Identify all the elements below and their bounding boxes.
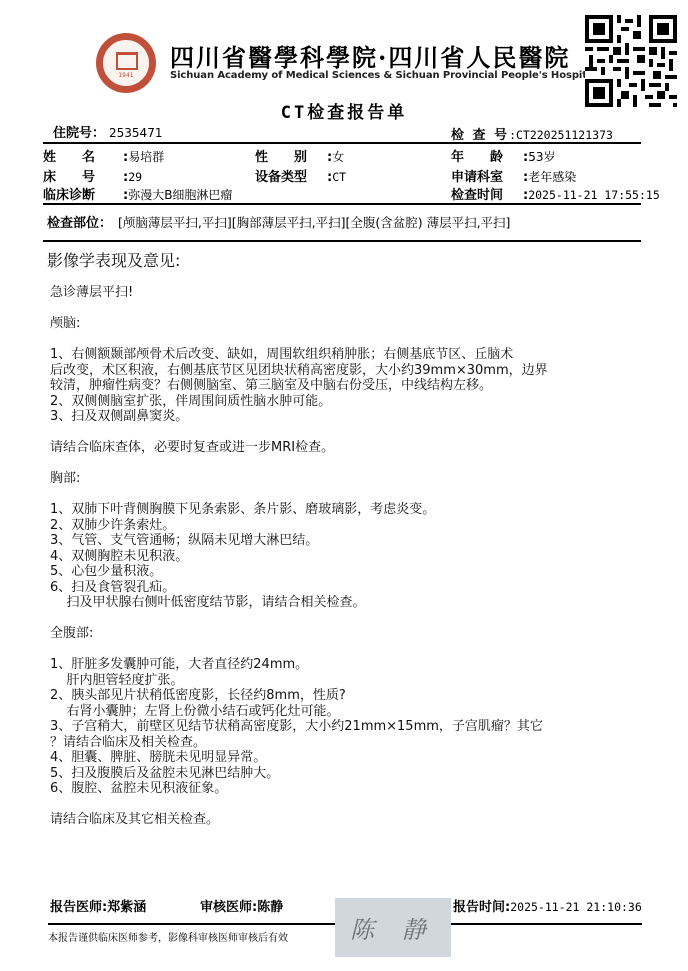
patient-age-value: 53岁 [528, 148, 555, 165]
patient-age-field: 年 龄: 53岁 [451, 146, 555, 165]
findings-line: 扫及甲状腺右侧叶低密度结节影，请结合相关检查。 [50, 595, 650, 611]
divider-exam-site [43, 240, 641, 242]
patient-name-label: 姓 名 [43, 146, 123, 165]
clinical-diagnosis-value: 弥漫大B细胞淋巴瘤 [128, 186, 232, 203]
review-doctor-field: 审核医师: 陈静 [200, 896, 283, 915]
building-icon [116, 52, 138, 70]
findings-line: 5、心包少量积液。 [50, 564, 650, 580]
department-label: 申请科室 [451, 166, 523, 185]
qr-code-icon [585, 15, 677, 107]
admission-number-field: 住院号： 2535471 [53, 122, 162, 141]
hospital-emblem-icon: 1941 [96, 33, 156, 93]
report-time-label: 报告时间 [453, 896, 505, 915]
exam-site-label: 检查部位： [47, 212, 112, 231]
disclaimer-text: 本报告谨供临床医师参考，影像科审核医师审核后有效 [48, 929, 288, 944]
findings-line: 2、胰头部见片状稍低密度影，长径约8mm，性质? [50, 688, 650, 704]
findings-line: 3、子宫稍大，前壁区见结节状稍高密度影，大小约21mm×15mm，子宫肌瘤？其它 [50, 719, 650, 735]
bed-number-field: 床 号: 29 [43, 166, 142, 185]
department-field: 申请科室: 老年感染 [451, 166, 576, 185]
findings-line: 后改变，术区积液，右侧基底节区见团块状稍高密度影，大小约39mm×30mm，边界 [50, 363, 650, 379]
exam-number-label: 检 查 号 [451, 124, 509, 143]
findings-line: 肝内胆管轻度扩张。 [50, 673, 650, 689]
report-doctor-label: 报告医师 [50, 896, 102, 915]
report-doctor-field: 报告医师: 郑紫涵 [50, 896, 146, 915]
findings-line [50, 425, 650, 441]
findings-body: 急诊薄层平扫! 颅脑: 1、右侧额颞部颅骨术后改变、缺如，周围软组织稍肿胀；右侧… [50, 285, 650, 828]
findings-line [50, 332, 650, 348]
findings-line: 请结合临床及其它相关检查。 [50, 812, 650, 828]
findings-line: 颅脑: [50, 316, 650, 332]
review-doctor-value: 陈静 [257, 896, 283, 915]
findings-line: 胸部: [50, 471, 650, 487]
findings-line [50, 797, 650, 813]
device-type-label: 设备类型 [255, 166, 327, 185]
device-type-value: CT [332, 170, 346, 184]
findings-line: 1、肝脏多发囊肿可能，大者直径约24mm。 [50, 657, 650, 673]
bed-number-label: 床 号 [43, 166, 123, 185]
report-title: CT检查报告单 [0, 98, 688, 123]
exam-time-field: 检查时间: 2025-11-21 17:55:15 [451, 184, 660, 203]
findings-line: 6、扫及食管裂孔疝。 [50, 580, 650, 596]
findings-line: 4、胆囊、脾脏、膀胱未见明显异常。 [50, 750, 650, 766]
report-time-field: 报告时间: 2025-11-21 21:10:36 [453, 896, 642, 915]
findings-line [50, 456, 650, 472]
clinical-diagnosis-field: 临床诊断: 弥漫大B细胞淋巴瘤 [43, 184, 232, 203]
findings-line [50, 642, 650, 658]
findings-line: 较清，肿瘤性病变？右侧侧脑室、第三脑室及中脑右份受压，中线结构左移。 [50, 378, 650, 394]
findings-line: 右肾小囊肿；左肾上份微小结石或钙化灶可能。 [50, 704, 650, 720]
findings-line: 急诊薄层平扫! [50, 285, 650, 301]
exam-number-field: 检 查 号 :CT220251121373 [451, 124, 613, 143]
device-type-field: 设备类型: CT [255, 166, 346, 185]
findings-line: 全腹部: [50, 626, 650, 642]
exam-time-value: 2025-11-21 17:55:15 [528, 188, 660, 202]
hospital-name-en: Sichuan Academy of Medical Sciences & Si… [170, 70, 597, 81]
findings-line: 请结合临床查体，必要时复查或进一步MRI检查。 [50, 440, 650, 456]
patient-sex-value: 女 [332, 148, 344, 165]
findings-line: ？请结合临床及相关检查。 [50, 735, 650, 751]
exam-site-value: [颅脑薄层平扫,平扫][胸部薄层平扫,平扫][全腹(含盆腔) 薄层平扫,平扫] [118, 213, 510, 231]
admission-number-label: 住院号： [53, 122, 105, 141]
exam-site-field: 检查部位： [颅脑薄层平扫,平扫][胸部薄层平扫,平扫][全腹(含盆腔) 薄层平… [47, 212, 510, 231]
patient-age-label: 年 龄 [451, 146, 523, 165]
findings-line [50, 611, 650, 627]
findings-line [50, 487, 650, 503]
bed-number-value: 29 [128, 170, 142, 184]
findings-line: 1、右侧额颞部颅骨术后改变、缺如，周围软组织稍肿胀；右侧基底节区、丘脑术 [50, 347, 650, 363]
exam-time-label: 检查时间 [451, 184, 523, 203]
report-time-value: 2025-11-21 21:10:36 [510, 900, 642, 914]
divider-patient [43, 203, 641, 205]
patient-sex-field: 性 别: 女 [255, 146, 344, 165]
report-doctor-value: 郑紫涵 [107, 896, 146, 915]
findings-line: 3、扫及双侧副鼻窦炎。 [50, 409, 650, 425]
logo-year: 1941 [103, 72, 149, 79]
findings-line: 2、双侧侧脑室扩张，伴周围间质性脑水肿可能。 [50, 394, 650, 410]
patient-name-field: 姓 名: 易培群 [43, 146, 164, 165]
patient-name-value: 易培群 [128, 148, 164, 165]
divider-top [43, 142, 641, 144]
findings-line: 2、双肺少许条索灶。 [50, 518, 650, 534]
patient-sex-label: 性 别 [255, 146, 327, 165]
findings-line: 5、扫及腹膜后及盆腔未见淋巴结肿大。 [50, 766, 650, 782]
findings-heading: 影像学表现及意见: [47, 248, 180, 271]
admission-number-value: 2535471 [109, 126, 162, 140]
clinical-diagnosis-label: 临床诊断 [43, 184, 123, 203]
findings-line: 3、气管、支气管通畅；纵隔未见增大淋巴结。 [50, 533, 650, 549]
findings-line: 1、双肺下叶背侧胸膜下见条索影、条片影、磨玻璃影，考虑炎变。 [50, 502, 650, 518]
exam-number-value: :CT220251121373 [509, 128, 613, 142]
department-value: 老年感染 [528, 168, 576, 185]
findings-line: 4、双侧胸腔未见积液。 [50, 549, 650, 565]
signature-image: 陈 静 [335, 898, 451, 957]
hospital-name-cn: 四川省醫學科學院·四川省人民醫院 [170, 38, 570, 73]
findings-line: 6、腹腔、盆腔未见积液征象。 [50, 781, 650, 797]
findings-line [50, 301, 650, 317]
review-doctor-label: 审核医师 [200, 896, 252, 915]
